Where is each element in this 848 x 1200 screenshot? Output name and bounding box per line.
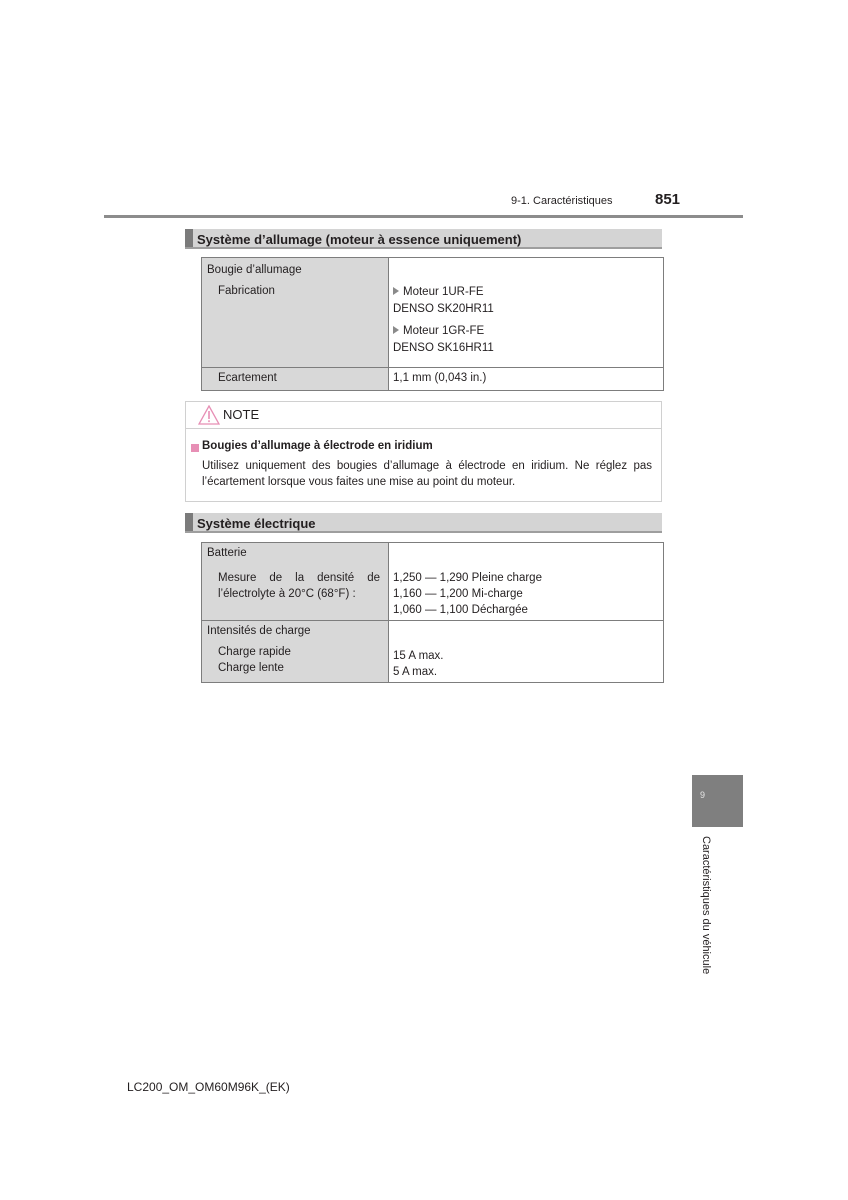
footer-code: LC200_OM_OM60M96K_(EK) [127,1080,290,1094]
fast-charge-value: 15 A max. [393,648,663,664]
density-half: 1,160 — 1,200 Mi-charge [393,586,663,602]
chapter-number: 9 [700,790,705,800]
ignition-heading-text: Système d’allumage (moteur à essence uni… [197,232,521,247]
note-subtitle: Bougies d’allumage à électrode en iridiu… [202,440,433,452]
spark-plug-label-cell: Bougie d’allumage Fabrication [202,258,389,368]
charging-values: 15 A max. 5 A max. [389,648,663,680]
part-1gr-fe: DENSO SK16HR11 [389,342,663,354]
heading-bar [185,513,193,531]
note-title: NOTE [223,407,259,422]
note-box: NOTE Bougies d’allumage à électrode en i… [185,401,662,502]
spark-plug-label: Bougie d’allumage [202,258,388,276]
density-label: Mesure de la densité de l’électrolyte à … [202,570,380,602]
charging-label: Intensités de charge [202,621,388,637]
slow-charge-label: Charge lente [218,660,388,676]
manufacture-label: Fabrication [202,285,388,297]
gap-label: Ecartement [202,368,388,384]
gap-label-cell: Ecartement [202,368,389,391]
density-values: 1,250 — 1,290 Pleine charge 1,160 — 1,20… [389,570,663,618]
density-discharged: 1,060 — 1,100 Déchargée [393,602,663,618]
chapter-tab [692,775,743,827]
ignition-spec-table: Bougie d’allumage Fabrication Moteur 1UR… [201,257,664,391]
battery-label: Batterie [202,543,388,559]
square-bullet-icon [191,444,199,452]
triangle-bullet-icon [393,326,399,334]
engine-1gr-fe: Moteur 1GR-FE [389,325,663,337]
triangle-bullet-icon [393,287,399,295]
electrical-heading-text: Système électrique [197,516,316,531]
fast-charge-label: Charge rapide [218,644,388,660]
table-row: Batterie Mesure de la densité de l’élect… [202,543,664,621]
engine-1ur-fe: Moteur 1UR-FE [389,286,663,298]
battery-value-cell: 1,250 — 1,290 Pleine charge 1,160 — 1,20… [389,543,664,621]
table-row: Ecartement 1,1 mm (0,043 in.) [202,368,664,391]
charging-value-cell: 15 A max. 5 A max. [389,621,664,683]
battery-label-cell: Batterie Mesure de la densité de l’élect… [202,543,389,621]
section-title: 9-1. Caractéristiques [511,195,613,207]
warning-triangle-icon [198,405,220,425]
note-header: NOTE [186,402,661,429]
part-1ur-fe: DENSO SK20HR11 [389,303,663,315]
ignition-section-heading: Système d’allumage (moteur à essence uni… [185,229,662,249]
electrical-spec-table: Batterie Mesure de la densité de l’élect… [201,542,664,683]
header-rule [104,215,743,218]
heading-bar [185,229,193,247]
charging-label-cell: Intensités de charge Charge rapide Charg… [202,621,389,683]
note-body: Utilisez uniquement des bougies d’alluma… [202,458,652,490]
gap-value: 1,1 mm (0,043 in.) [389,368,663,384]
page-number: 851 [655,191,680,208]
table-row: Bougie d’allumage Fabrication Moteur 1UR… [202,258,664,368]
gap-value-cell: 1,1 mm (0,043 in.) [389,368,664,391]
charging-items: Charge rapide Charge lente [202,644,388,676]
slow-charge-value: 5 A max. [393,664,663,680]
table-row: Intensités de charge Charge rapide Charg… [202,621,664,683]
electrical-section-heading: Système électrique [185,513,662,533]
spark-plug-value-cell: Moteur 1UR-FE DENSO SK20HR11 Moteur 1GR-… [389,258,664,368]
density-full: 1,250 — 1,290 Pleine charge [393,570,663,586]
chapter-title: Caractéristiques du véhicule [700,836,712,974]
